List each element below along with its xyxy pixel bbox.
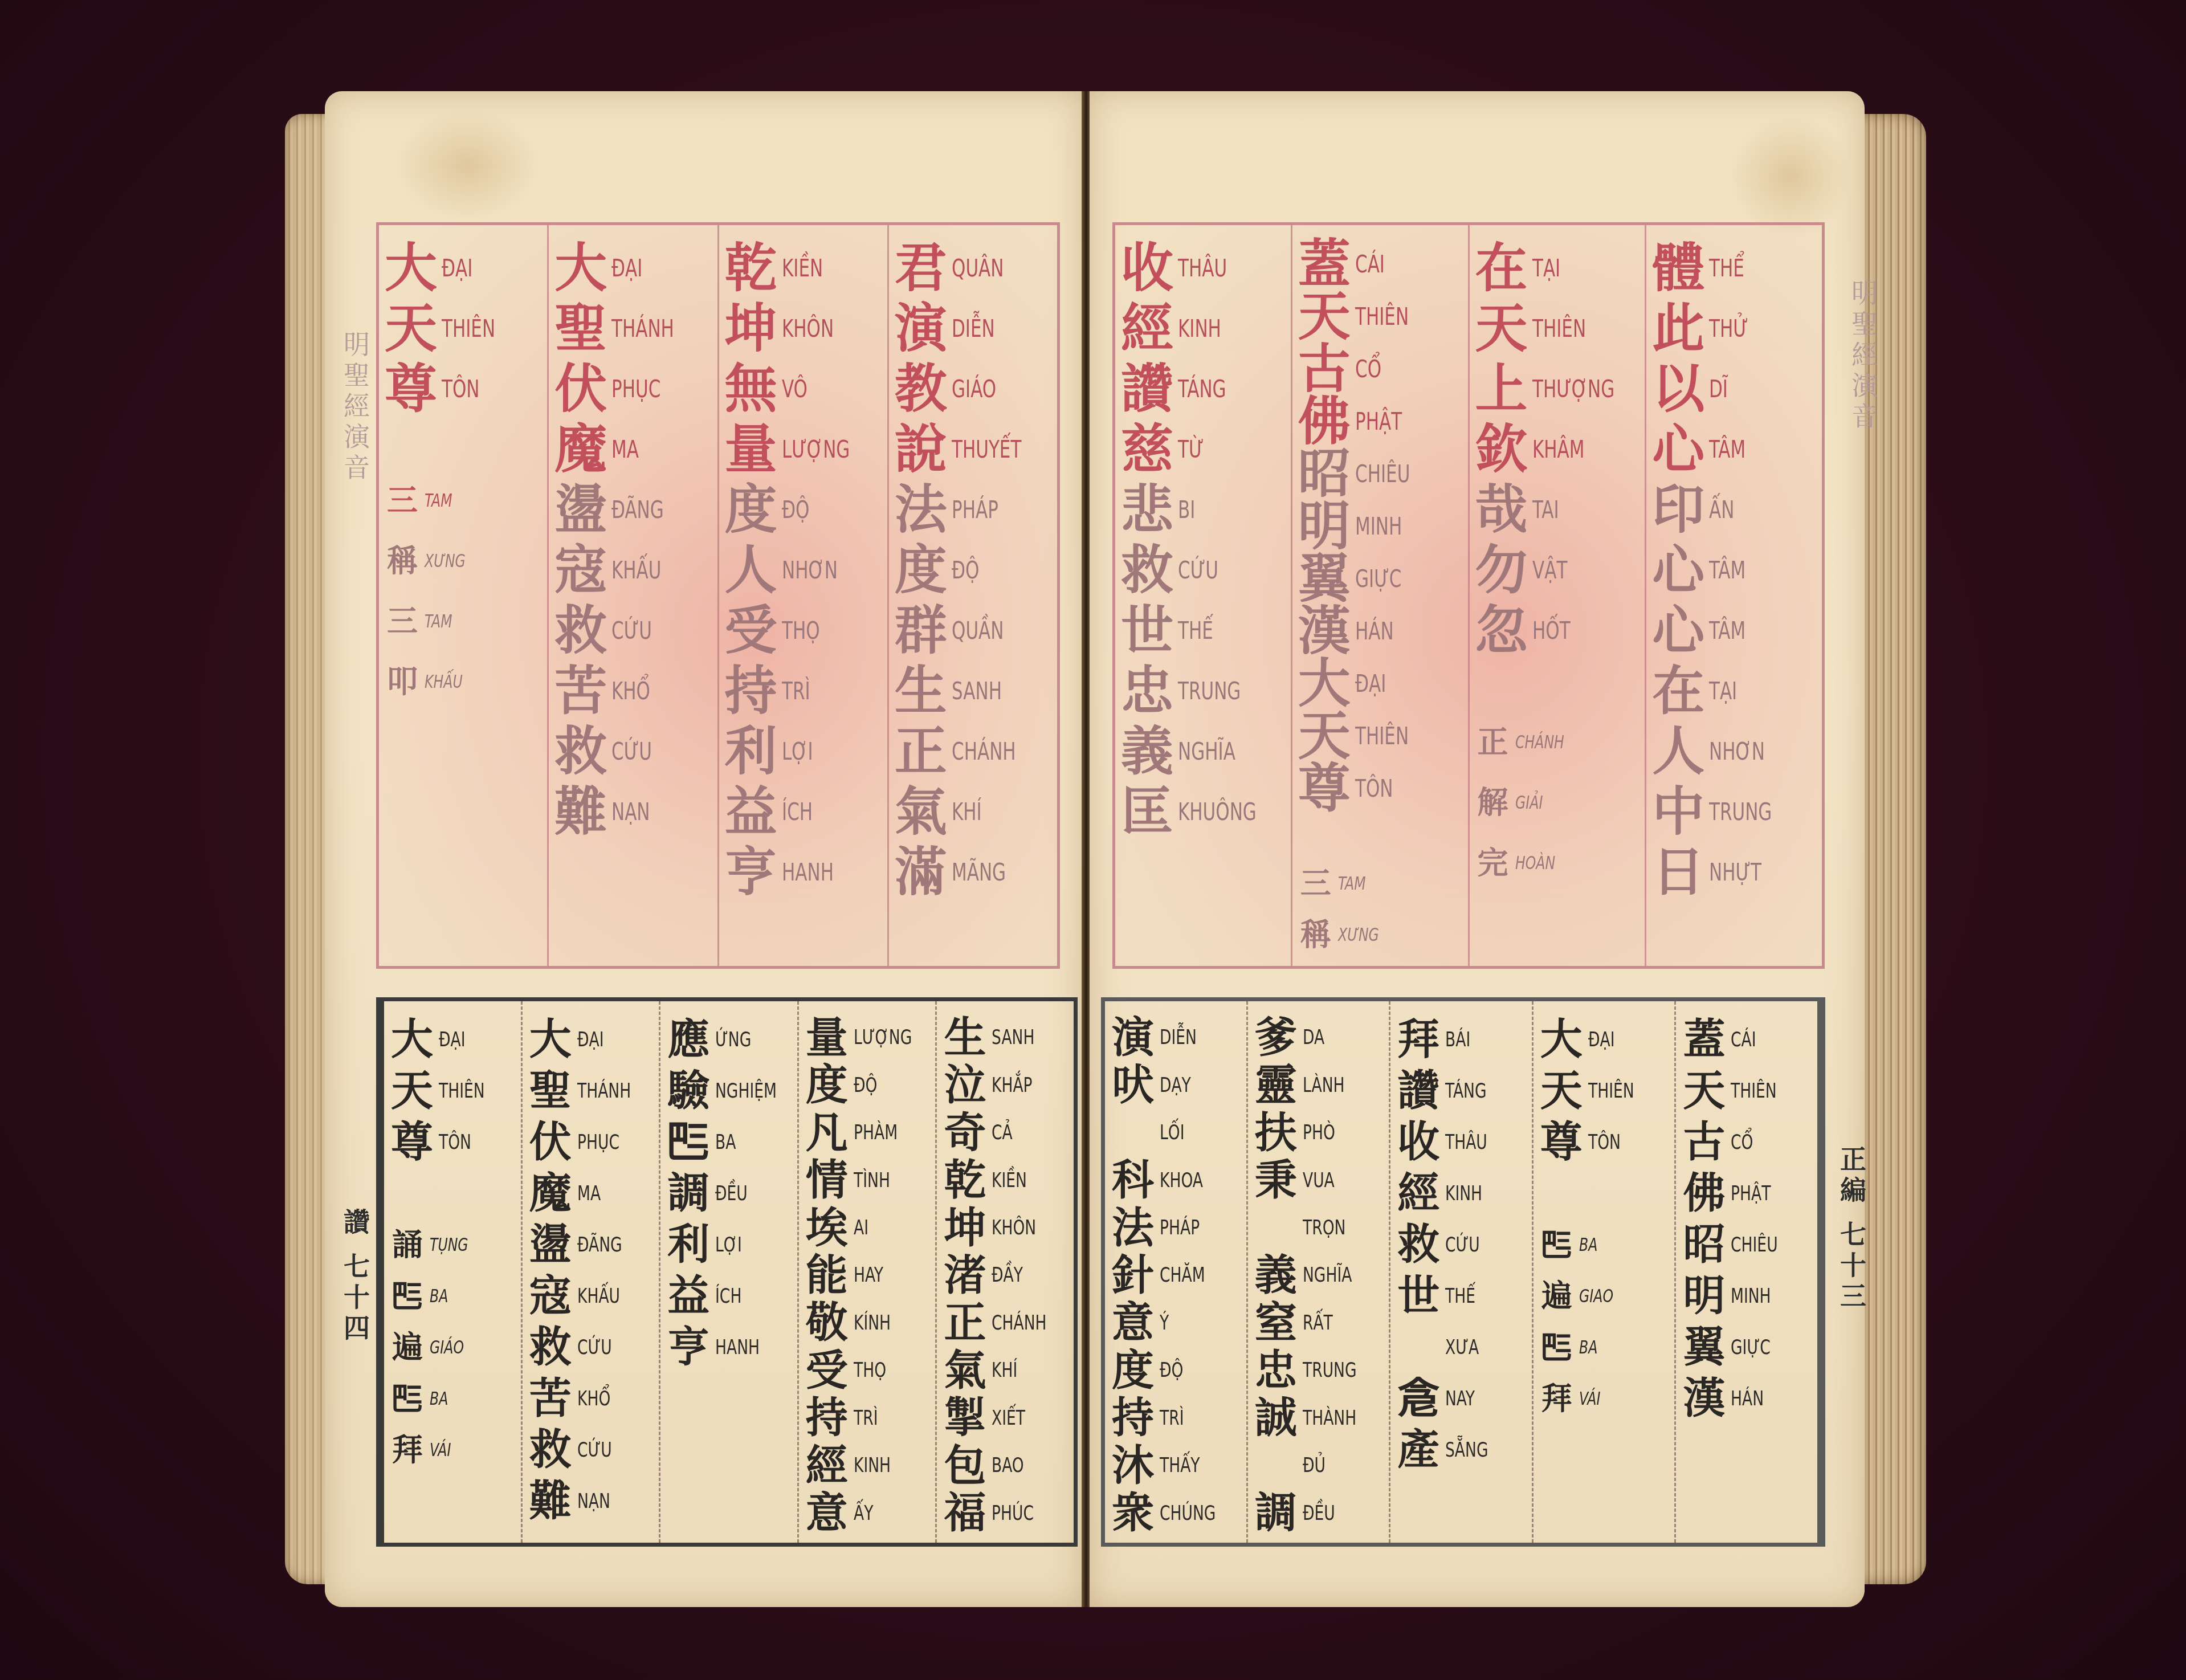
han-character: 古 bbox=[1296, 342, 1353, 395]
han-character: 調 bbox=[1251, 1492, 1300, 1534]
quoc-ngu-reading: CỨU bbox=[577, 1336, 612, 1359]
glyph-pair: 昭CHIÊU bbox=[1679, 1219, 1788, 1270]
han-character: 凡 bbox=[802, 1112, 851, 1154]
han-character: 中 bbox=[1650, 785, 1707, 838]
han-character: 正 bbox=[892, 725, 949, 777]
han-character: 扶 bbox=[1251, 1112, 1300, 1154]
annotation-pair: 𠀧BA bbox=[388, 1373, 452, 1424]
quoc-ngu-reading: KHÔN bbox=[992, 1216, 1036, 1239]
quoc-ngu-reading: BA bbox=[430, 1285, 448, 1307]
han-character: 沐 bbox=[1108, 1445, 1157, 1487]
quoc-ngu-reading: TAM bbox=[1338, 872, 1366, 894]
glyph-pair: 中TRUNG bbox=[1650, 781, 1786, 842]
quoc-ngu-reading: BÁI bbox=[1445, 1028, 1470, 1051]
glyph-pair: 拜BÁI bbox=[1394, 1014, 1476, 1065]
glyph-pair: 苦KHỔ bbox=[552, 660, 659, 721]
glyph-pair: 苦KHỔ bbox=[526, 1373, 618, 1424]
han-character: 難 bbox=[552, 785, 609, 838]
left-page: 明聖經演音 讚 七十四 君QUÂN演DIỄN教GIÁO說THUYẾT法PHÁP度… bbox=[325, 91, 1083, 1607]
glyph-pair: 尊TÔN bbox=[382, 358, 488, 419]
glyph-pair: 掣XIẾT bbox=[940, 1394, 1033, 1442]
quoc-ngu-reading: LÀNH bbox=[1303, 1074, 1344, 1097]
annotation-pair: 拜VÁI bbox=[388, 1424, 456, 1475]
quoc-ngu-reading: MINH bbox=[1355, 512, 1402, 540]
han-character: 昭 bbox=[1296, 447, 1353, 500]
glyph-pair: 度ĐỘ bbox=[802, 1061, 883, 1108]
text-column: 蓋CÁI天THIÊN古CỔ佛PHẬT昭CHIÊU明MINH翼GIỰC漢HÁN大Đ… bbox=[1291, 225, 1468, 966]
annotation-pair: 三TAM bbox=[1296, 858, 1372, 909]
quoc-ngu-reading: KIỀN bbox=[992, 1169, 1027, 1192]
quoc-ngu-reading: NHƠN bbox=[1709, 737, 1765, 765]
han-character: 慈 bbox=[1119, 423, 1176, 475]
quoc-ngu-reading: MA bbox=[577, 1182, 601, 1205]
han-character: 叩 bbox=[382, 666, 422, 697]
quoc-ngu-reading: THƯỢNG bbox=[1532, 375, 1614, 403]
quoc-ngu-reading: ĐẠI bbox=[577, 1028, 604, 1051]
han-character: 讚 bbox=[1394, 1070, 1443, 1112]
han-character: 天 bbox=[382, 302, 439, 354]
quoc-ngu-reading: CHÁNH bbox=[992, 1311, 1047, 1335]
han-character: 人 bbox=[1650, 725, 1707, 777]
quoc-ngu-reading: THIÊN bbox=[439, 1079, 485, 1103]
glyph-pair: 義NGHĨA bbox=[1119, 721, 1248, 781]
quoc-ngu-reading: VUA bbox=[1303, 1169, 1335, 1192]
han-character: 救 bbox=[1119, 544, 1176, 596]
left-upper-register: 君QUÂN演DIỄN教GIÁO說THUYẾT法PHÁP度ĐỘ群QUẦN生SANH… bbox=[376, 222, 1060, 969]
han-character: 說 bbox=[892, 423, 949, 475]
glyph-pair: 演DIỄN bbox=[892, 298, 1004, 358]
glyph-pair: 泣KHẮP bbox=[940, 1061, 1041, 1108]
han-character: 昭 bbox=[1679, 1224, 1728, 1266]
quoc-ngu-reading: TỪ bbox=[1178, 435, 1204, 463]
han-character: 佛 bbox=[1679, 1172, 1728, 1214]
han-character: 產 bbox=[1394, 1429, 1443, 1471]
glyph-pair: 人NHƠN bbox=[723, 540, 850, 600]
glyph-pair: 此THỬ bbox=[1650, 298, 1757, 358]
quoc-ngu-reading: ĐÃNG bbox=[611, 496, 664, 524]
glyph-pair: 衆CHÚNG bbox=[1108, 1490, 1228, 1537]
annotation-pair: 三TAM bbox=[382, 470, 458, 531]
glyph-pair: 滿MÃNG bbox=[892, 842, 1018, 902]
han-character: 大 bbox=[1537, 1018, 1586, 1061]
quoc-ngu-reading: AI bbox=[854, 1216, 868, 1239]
han-character: 世 bbox=[1119, 604, 1176, 656]
quoc-ngu-reading: KIỀN bbox=[782, 254, 823, 282]
han-character: 寇 bbox=[526, 1275, 575, 1317]
han-character: 三 bbox=[382, 606, 422, 637]
quoc-ngu-reading: TÁNG bbox=[1178, 375, 1226, 403]
glyph-pair: 以DĨ bbox=[1650, 358, 1732, 419]
han-character: 𠛌 bbox=[1108, 1112, 1157, 1154]
glyph-pair: 世THẾ bbox=[1394, 1270, 1482, 1322]
glyph-pair: 爹DA bbox=[1251, 1014, 1329, 1061]
glyph-pair: 益ÍCH bbox=[664, 1270, 748, 1322]
quoc-ngu-reading: TRUNG bbox=[1178, 677, 1241, 705]
glyph-pair: 救CỨU bbox=[552, 721, 660, 781]
quoc-ngu-reading: DĨ bbox=[1709, 375, 1728, 403]
glyph-pair: 在TẠI bbox=[1473, 238, 1567, 298]
quoc-ngu-reading: ĐẦY bbox=[992, 1263, 1023, 1287]
glyph-pair: 古CỔ bbox=[1296, 342, 1387, 395]
han-character: 救 bbox=[526, 1326, 575, 1368]
quoc-ngu-reading: CỔ bbox=[1355, 355, 1381, 383]
glyph-pair: 伏PHỤC bbox=[526, 1116, 629, 1168]
han-character: 三 bbox=[1296, 868, 1336, 899]
glyph-pair: 奇CẢ bbox=[940, 1109, 1017, 1156]
han-character: 亨 bbox=[723, 846, 780, 898]
glyph-pair: 持TRÌ bbox=[802, 1394, 883, 1442]
han-character: 遍 bbox=[388, 1332, 427, 1363]
han-character: 埃 bbox=[802, 1207, 851, 1249]
quoc-ngu-reading: ĐỘ bbox=[952, 556, 979, 584]
glyph-pair: 誠THÀNH bbox=[1251, 1394, 1368, 1442]
quoc-ngu-reading: PHÀM bbox=[854, 1121, 898, 1144]
han-character: 救 bbox=[552, 725, 609, 777]
han-character: 苦 bbox=[526, 1377, 575, 1420]
glyph-pair: 教GIÁO bbox=[892, 358, 1006, 419]
han-character: 𠉞 bbox=[1394, 1377, 1443, 1420]
han-character: 法 bbox=[1108, 1207, 1157, 1249]
han-character: 天 bbox=[1473, 302, 1530, 354]
han-character: 魔 bbox=[552, 423, 609, 475]
quoc-ngu-reading: HỐT bbox=[1532, 617, 1571, 645]
quoc-ngu-reading: TÂM bbox=[1709, 617, 1745, 645]
quoc-ngu-reading: XƯNG bbox=[425, 550, 466, 572]
glyph-pair: 經KINH bbox=[1394, 1168, 1490, 1219]
han-character: 教 bbox=[892, 362, 949, 415]
glyph-pair: 忽HỐT bbox=[1473, 600, 1579, 660]
han-character: 大 bbox=[388, 1018, 437, 1061]
glyph-pair: 勿VẬT bbox=[1473, 540, 1575, 600]
glyph-pair: 救CỨU bbox=[1119, 540, 1227, 600]
han-character: 蓋 bbox=[1296, 238, 1353, 290]
quoc-ngu-reading: LƯỢNG bbox=[854, 1026, 912, 1049]
glyph-pair: 群QUẦN bbox=[892, 600, 1015, 660]
glyph-pair: 天THIÊN bbox=[1296, 290, 1421, 342]
han-character: 伏 bbox=[552, 362, 609, 415]
han-character: 利 bbox=[723, 725, 780, 777]
text-column: 爹DA靈LÀNH扶PHÒ秉VUA𠓻TRỌN義NGHĨA窒RẤT忠TRUNG誠TH… bbox=[1246, 1001, 1389, 1543]
text-column: 拜BÁI讚TÁNG收THÂU經KINH救CỨU世THẾ𠸗XƯA𠉞NAY產SẴNG bbox=[1389, 1001, 1532, 1543]
han-character: 誦 bbox=[388, 1229, 427, 1260]
quoc-ngu-reading: DIỄN bbox=[952, 315, 995, 342]
quoc-ngu-reading: TẠI bbox=[1532, 254, 1560, 282]
glyph-pair: 讚TÁNG bbox=[1394, 1065, 1495, 1116]
han-character: 古 bbox=[1679, 1121, 1728, 1163]
glyph-pair: 𠉞NAY bbox=[1394, 1373, 1481, 1424]
glyph-pair: 大ĐẠI bbox=[1296, 657, 1393, 709]
quoc-ngu-reading: TRÌ bbox=[782, 677, 810, 705]
quoc-ngu-reading: THẾ bbox=[1445, 1285, 1475, 1308]
glyph-pair: 受THỌ bbox=[802, 1347, 894, 1394]
quoc-ngu-reading: THÁNH bbox=[577, 1079, 631, 1103]
glyph-pair: 蓋CÁI bbox=[1296, 238, 1391, 290]
text-column: 量LƯỢNG度ĐỘ凡PHÀM情TÌNH埃AI能HAY敬KÍNH受THỌ持TRÌ經… bbox=[797, 1001, 936, 1543]
glyph-pair: 量LƯỢNG bbox=[802, 1014, 925, 1061]
glyph-pair: 秉VUA bbox=[1251, 1156, 1341, 1204]
han-character: 持 bbox=[1108, 1397, 1157, 1439]
quoc-ngu-reading: ỨNG bbox=[715, 1028, 751, 1051]
han-character: 天 bbox=[1679, 1070, 1728, 1112]
han-character: 聖 bbox=[526, 1070, 575, 1112]
han-character: 尊 bbox=[1296, 762, 1353, 814]
text-column: 大ĐẠI聖THÁNH伏PHỤC魔MA盪ĐÃNG寇KHẤU救CỨU苦KHỔ救CỨU… bbox=[547, 225, 717, 966]
quoc-ngu-reading: BAO bbox=[992, 1454, 1024, 1477]
glyph-pair: 亨HANH bbox=[723, 842, 845, 902]
glyph-pair: 演DIỄN bbox=[1108, 1014, 1205, 1061]
text-column: 體THỂ此THỬ以DĨ心TÂM印ẤN心TÂM心TÂM在TẠI人NHƠN中TRUN… bbox=[1645, 225, 1822, 966]
quoc-ngu-reading: ĐẠI bbox=[442, 254, 472, 282]
left-lower-register: 生SANH泣KHẮP奇CẢ乾KIỀN坤KHÔN渚ĐẦY正CHÁNH氣KHÍ掣XI… bbox=[376, 997, 1078, 1547]
glyph-pair: 上THƯỢNG bbox=[1473, 358, 1633, 419]
glyph-pair: 蓋CÁI bbox=[1679, 1014, 1761, 1065]
right-page: 明聖經演音 正編 七十三 體THỂ此THỬ以DĨ心TÂM印ẤN心TÂM心TÂM在… bbox=[1090, 91, 1865, 1607]
text-column: 乾KIỀN坤KHÔN無VÔ量LƯỢNG度ĐỘ人NHƠN受THỌ持TRÌ利LỢI益… bbox=[717, 225, 887, 966]
annotation-pair: 稱XƯNG bbox=[382, 531, 475, 591]
glyph-pair: 收THÂU bbox=[1119, 238, 1238, 298]
han-character: 天 bbox=[1296, 709, 1353, 762]
quoc-ngu-reading: ĐỀU bbox=[1303, 1502, 1335, 1525]
quoc-ngu-reading: ĐÃNG bbox=[577, 1233, 622, 1257]
quoc-ngu-reading: HÁN bbox=[1355, 617, 1394, 645]
glyph-pair: 度ĐỘ bbox=[1108, 1347, 1189, 1394]
han-character: 讚 bbox=[1119, 362, 1176, 415]
quoc-ngu-reading: ẤN bbox=[1709, 496, 1734, 524]
han-character: 忽 bbox=[1473, 604, 1530, 656]
glyph-pair: 匡KHUÔNG bbox=[1119, 781, 1274, 842]
glyph-pair: 天THIÊN bbox=[1679, 1065, 1787, 1116]
quoc-ngu-reading: CHÁNH bbox=[1515, 731, 1564, 753]
quoc-ngu-reading: THỬ bbox=[1709, 315, 1748, 342]
quoc-ngu-reading: CỨU bbox=[611, 737, 652, 765]
glyph-pair: 忠TRUNG bbox=[1251, 1347, 1368, 1394]
quoc-ngu-reading: SANH bbox=[992, 1026, 1034, 1049]
quoc-ngu-reading: SẴNG bbox=[1445, 1438, 1488, 1462]
glyph-pair: 法PHÁP bbox=[892, 479, 1009, 540]
quoc-ngu-reading: NHỰT bbox=[1709, 858, 1761, 886]
quoc-ngu-reading: ĐỘ bbox=[1160, 1359, 1183, 1382]
han-character: 經 bbox=[1119, 302, 1176, 354]
han-character: 天 bbox=[388, 1070, 437, 1112]
glyph-pair: 尊TÔN bbox=[388, 1116, 479, 1168]
han-character: 益 bbox=[723, 785, 780, 838]
text-column: 大ĐẠI聖THÁNH伏PHỤC魔MA盪ĐÃNG寇KHẤU救CỨU苦KHỔ救CỨU… bbox=[521, 1001, 659, 1543]
left-page-folio: 讚 七十四 bbox=[336, 1208, 374, 1345]
quoc-ngu-reading: HANH bbox=[715, 1336, 760, 1359]
text-column: 應ỨNG驗NGHIỆM𠀧BA調ĐỀU利LỢI益ÍCH亨HANH bbox=[659, 1001, 797, 1543]
han-character: 持 bbox=[723, 664, 780, 717]
quoc-ngu-reading: LƯỢNG bbox=[782, 435, 850, 463]
han-character: 翼 bbox=[1296, 552, 1353, 605]
han-character: 苦 bbox=[552, 664, 609, 717]
glyph-pair: 凡PHÀM bbox=[802, 1109, 907, 1156]
han-character: 𠓻 bbox=[1251, 1207, 1300, 1249]
han-character: 此 bbox=[1650, 302, 1707, 354]
quoc-ngu-reading: GIẢI bbox=[1515, 792, 1543, 813]
quoc-ngu-reading: VÁI bbox=[1579, 1388, 1600, 1409]
quoc-ngu-reading: KHÍ bbox=[952, 798, 982, 826]
han-character: 大 bbox=[382, 242, 439, 294]
quoc-ngu-reading: PHẬT bbox=[1731, 1182, 1771, 1205]
text-column: 收THÂU經KINH讚TÁNG慈TỪ悲BI救CỨU世THẾ忠TRUNG義NGHĨ… bbox=[1115, 225, 1291, 966]
han-character: 科 bbox=[1108, 1159, 1157, 1201]
left-page-margin-title: 明聖經演音 bbox=[336, 331, 374, 484]
han-character: 奇 bbox=[940, 1112, 989, 1154]
quoc-ngu-reading: CHĂM bbox=[1160, 1263, 1205, 1287]
quoc-ngu-reading: KHUÔNG bbox=[1178, 798, 1257, 826]
glyph-pair: 調ĐỀU bbox=[1251, 1490, 1342, 1537]
glyph-pair: 正CHÁNH bbox=[892, 721, 1030, 781]
glyph-pair: 體THỂ bbox=[1650, 238, 1752, 298]
quoc-ngu-reading: TÔN bbox=[1588, 1131, 1621, 1154]
quoc-ngu-reading: KHOA bbox=[1160, 1169, 1203, 1192]
han-character: 爹 bbox=[1251, 1017, 1300, 1059]
han-character: 情 bbox=[802, 1159, 851, 1201]
han-character: 𠀧 bbox=[664, 1121, 713, 1163]
glyph-pair: 調ĐỀU bbox=[664, 1168, 755, 1219]
han-character: 義 bbox=[1119, 725, 1176, 777]
quoc-ngu-reading: THÂU bbox=[1178, 254, 1227, 282]
han-character: 度 bbox=[802, 1064, 851, 1106]
glyph-pair: 包BAO bbox=[940, 1442, 1031, 1489]
quoc-ngu-reading: LỢI bbox=[782, 737, 813, 765]
han-character: 在 bbox=[1650, 664, 1707, 717]
glyph-pair: 益ÍCH bbox=[723, 781, 819, 842]
han-character: 尊 bbox=[388, 1121, 437, 1163]
quoc-ngu-reading: THÁNH bbox=[611, 315, 674, 342]
quoc-ngu-reading: Ý bbox=[1160, 1311, 1169, 1335]
quoc-ngu-reading: CỔ bbox=[1731, 1131, 1753, 1154]
han-character: 經 bbox=[802, 1445, 851, 1487]
glyph-pair: 大ĐẠI bbox=[382, 238, 479, 298]
annotation-pair: 叩KHẤU bbox=[382, 651, 471, 712]
han-character: 欽 bbox=[1473, 423, 1530, 475]
han-character: 量 bbox=[723, 423, 780, 475]
glyph-pair: 古CỔ bbox=[1679, 1116, 1758, 1168]
han-character: 寇 bbox=[552, 544, 609, 596]
glyph-pair: 驗NGHIỆM bbox=[664, 1065, 790, 1116]
han-character: 漢 bbox=[1679, 1377, 1728, 1420]
right-page-folio: 正編 七十三 bbox=[1833, 1145, 1870, 1313]
han-character: 生 bbox=[940, 1017, 989, 1059]
quoc-ngu-reading: SANH bbox=[952, 677, 1002, 705]
quoc-ngu-reading: GIÁO bbox=[952, 375, 996, 403]
glyph-pair: 明MINH bbox=[1679, 1270, 1780, 1322]
han-character: 心 bbox=[1650, 423, 1707, 475]
han-character: 心 bbox=[1650, 544, 1707, 596]
han-character: 坤 bbox=[940, 1207, 989, 1249]
han-character: 度 bbox=[723, 483, 780, 536]
quoc-ngu-reading: XIẾT bbox=[992, 1406, 1025, 1430]
glyph-pair: 魔MA bbox=[552, 419, 645, 479]
quoc-ngu-reading: NGHĨA bbox=[1303, 1263, 1352, 1287]
quoc-ngu-reading: ĐẠI bbox=[1588, 1028, 1615, 1051]
quoc-ngu-reading: KÍNH bbox=[854, 1311, 891, 1335]
text-column: 君QUÂN演DIỄN教GIÁO說THUYẾT法PHÁP度ĐỘ群QUẦN生SANH… bbox=[887, 225, 1057, 966]
quoc-ngu-reading: KHẤU bbox=[425, 671, 463, 692]
han-character: 拜 bbox=[388, 1434, 427, 1465]
glyph-pair: 心TÂM bbox=[1650, 540, 1753, 600]
glyph-pair: 吠DẠY bbox=[1108, 1061, 1198, 1108]
han-character: 以 bbox=[1650, 362, 1707, 415]
glyph-pair: 經KINH bbox=[1119, 298, 1231, 358]
open-book: 明聖經演音 讚 七十四 君QUÂN演DIỄN教GIÁO說THUYẾT法PHÁP度… bbox=[285, 91, 1926, 1607]
quoc-ngu-reading: TÂM bbox=[1709, 435, 1745, 463]
quoc-ngu-reading: KHẤU bbox=[577, 1285, 620, 1308]
quoc-ngu-reading: GIỰC bbox=[1355, 565, 1401, 593]
text-column: 大ĐẠI天THIÊN尊TÔN誦TỤNG𠀧BA遍GIÁO𠀧BA拜VÁI bbox=[384, 1001, 521, 1543]
glyph-pair: 救CỨU bbox=[1394, 1219, 1487, 1270]
han-character: 𠀧 bbox=[388, 1281, 427, 1311]
glyph-pair: 盪ĐÃNG bbox=[552, 479, 675, 540]
annotation-pair: 遍GIÁO bbox=[388, 1322, 471, 1373]
quoc-ngu-reading: TRUNG bbox=[1709, 798, 1772, 826]
glyph-pair: 欽KHÂM bbox=[1473, 419, 1596, 479]
glyph-pair: 寇KHẤU bbox=[526, 1270, 629, 1322]
glyph-pair: 忠TRUNG bbox=[1119, 660, 1255, 721]
glyph-pair: 產SẴNG bbox=[1394, 1424, 1498, 1475]
glyph-pair: 度ĐỘ bbox=[892, 540, 985, 600]
han-character: 度 bbox=[892, 544, 949, 596]
glyph-pair: 𨁪ĐỦ bbox=[1251, 1442, 1331, 1489]
glyph-pair: 尊TÔN bbox=[1296, 762, 1401, 814]
glyph-pair: 人NHƠN bbox=[1650, 721, 1777, 781]
glyph-pair: 生SANH bbox=[892, 660, 1013, 721]
glyph-pair: 𠛌LỐI bbox=[1108, 1109, 1190, 1156]
han-character: 日 bbox=[1650, 846, 1707, 898]
glyph-pair: 日NHỰT bbox=[1650, 842, 1773, 902]
quoc-ngu-reading: KHÔN bbox=[782, 315, 834, 342]
han-character: 渚 bbox=[940, 1254, 989, 1296]
han-character: 天 bbox=[1296, 290, 1353, 342]
text-column: 蓋CÁI天THIÊN古CỔ佛PHẬT昭CHIÊU明MINH翼GIỰC漢HÁN bbox=[1674, 1001, 1817, 1543]
glyph-pair: 利LỢI bbox=[664, 1219, 748, 1270]
quoc-ngu-reading: TAM bbox=[425, 490, 452, 511]
glyph-pair: 利LỢI bbox=[723, 721, 820, 781]
quoc-ngu-reading: TẠI bbox=[1709, 677, 1737, 705]
han-character: 氣 bbox=[940, 1349, 989, 1392]
glyph-pair: 救CỨU bbox=[526, 1322, 619, 1373]
glyph-pair: 法PHÁP bbox=[1108, 1204, 1209, 1251]
quoc-ngu-reading: BI bbox=[1178, 496, 1195, 524]
glyph-pair: 心TÂM bbox=[1650, 600, 1753, 660]
right-upper-register: 體THỂ此THỬ以DĨ心TÂM印ẤN心TÂM心TÂM在TẠI人NHƠN中TRUN… bbox=[1112, 222, 1825, 969]
han-character: 亨 bbox=[664, 1326, 713, 1368]
han-character: 針 bbox=[1108, 1254, 1157, 1296]
quoc-ngu-reading: NẠN bbox=[611, 798, 650, 826]
quoc-ngu-reading: VẬT bbox=[1532, 556, 1567, 584]
quoc-ngu-reading: BA bbox=[715, 1131, 736, 1154]
glyph-pair: 難NẠN bbox=[526, 1475, 618, 1527]
text-column: 大ĐẠI天THIÊN尊TÔN三TAM稱XƯNG三TAM叩KHẤU bbox=[379, 225, 547, 966]
quoc-ngu-reading: PHỤC bbox=[611, 375, 660, 403]
quoc-ngu-reading: ĐỦ bbox=[1303, 1454, 1326, 1477]
han-character: 受 bbox=[723, 604, 780, 656]
han-character: 益 bbox=[664, 1275, 713, 1317]
quoc-ngu-reading: RẤT bbox=[1303, 1311, 1333, 1335]
han-character: 在 bbox=[1473, 242, 1530, 294]
quoc-ngu-reading: HOÀN bbox=[1515, 852, 1555, 874]
glyph-pair: 無VÔ bbox=[723, 358, 813, 419]
quoc-ngu-reading: CHÚNG bbox=[1160, 1502, 1216, 1525]
han-character: 掣 bbox=[940, 1397, 989, 1439]
han-character: 大 bbox=[552, 242, 609, 294]
annotation-pair: 正CHÁNH bbox=[1473, 712, 1575, 772]
glyph-pair: 尊TÔN bbox=[1537, 1116, 1628, 1168]
glyph-pair: 坤KHÔN bbox=[940, 1204, 1046, 1251]
han-character: 忠 bbox=[1251, 1349, 1300, 1392]
quoc-ngu-reading: THÀNH bbox=[1303, 1406, 1356, 1430]
